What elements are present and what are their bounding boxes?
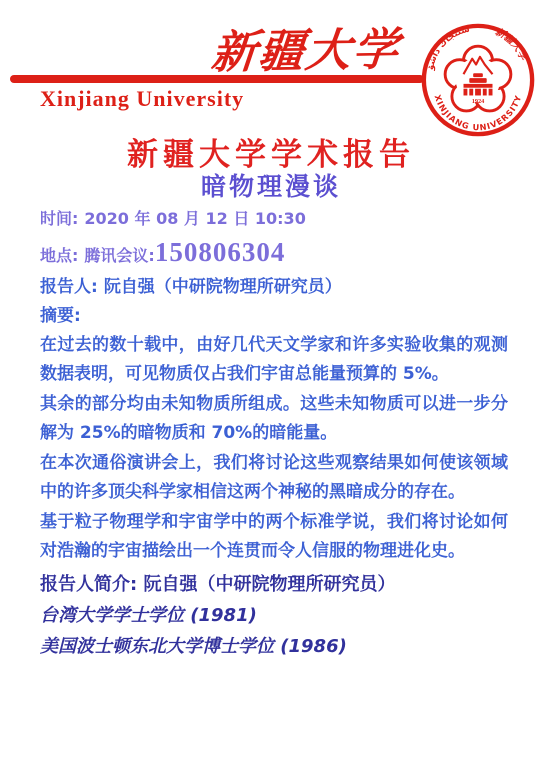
- speaker-row: 报告人:阮自强（中研院物理所研究员）: [40, 274, 508, 300]
- speaker-label: 报告人:: [40, 277, 98, 297]
- abstract-paragraph: 在本次通俗演讲会上，我们将讨论这些观察结果如何使该领域中的许多顶尖科学家相信这两…: [40, 449, 508, 507]
- meeting-id: 150806304: [155, 237, 286, 267]
- venue-label: 地点:: [40, 246, 78, 265]
- bio-degree-item: 台湾大学学士学位 (1981): [40, 600, 508, 631]
- abstract-paragraph: 在过去的数十载中，由好几代天文学家和许多实验收集的观测数据表明，可见物质仅占我们…: [40, 331, 508, 389]
- university-calligraphy-logo: 新疆大学: [209, 12, 430, 81]
- time-label: 时间:: [40, 209, 78, 228]
- time-value: 2020 年 08 月 12 日 10:30: [84, 209, 305, 228]
- university-name-english: Xinjiang University: [40, 86, 244, 112]
- abstract-paragraph: 基于粒子物理学和宇宙学中的两个标准学说，我们将讨论如何对浩瀚的宇宙描绘出一个连贯…: [40, 508, 508, 566]
- time-row: 时间:2020 年 08 月 12 日 10:30: [40, 207, 508, 231]
- bio-heading-label: 报告人简介:: [40, 574, 137, 595]
- venue-row: 地点:腾讯会议:150806304: [40, 237, 508, 271]
- lecture-poster: 新疆大学 Xinjiang University: [0, 0, 542, 768]
- speaker-value: 阮自强（中研院物理所研究员）: [104, 277, 342, 297]
- bio-heading-value: 阮自强（中研院物理所研究员）: [143, 574, 395, 595]
- bio-degree-item: 美国波士顿东北大学博士学位 (1986): [40, 631, 508, 662]
- page-subtitle: 暗物理漫谈: [0, 167, 542, 203]
- seal-year: 1924: [472, 98, 485, 105]
- bio-heading: 报告人简介: 阮自强（中研院物理所研究员）: [40, 570, 508, 600]
- venue-platform: 腾讯会议:: [84, 246, 154, 265]
- header-divider-bar: [10, 75, 424, 83]
- abstract-heading: 摘要:: [40, 303, 508, 329]
- poster-body: 时间:2020 年 08 月 12 日 10:30 地点:腾讯会议:150806…: [40, 207, 508, 662]
- university-seal-icon: 1924 شىنجاڭ داشۆ 新疆大学 XINJIANG UNIVERSIT…: [420, 22, 536, 138]
- abstract-paragraph: 其余的部分均由未知物质所组成。这些未知物质可以进一步分解为 25%的暗物质和 7…: [40, 390, 508, 448]
